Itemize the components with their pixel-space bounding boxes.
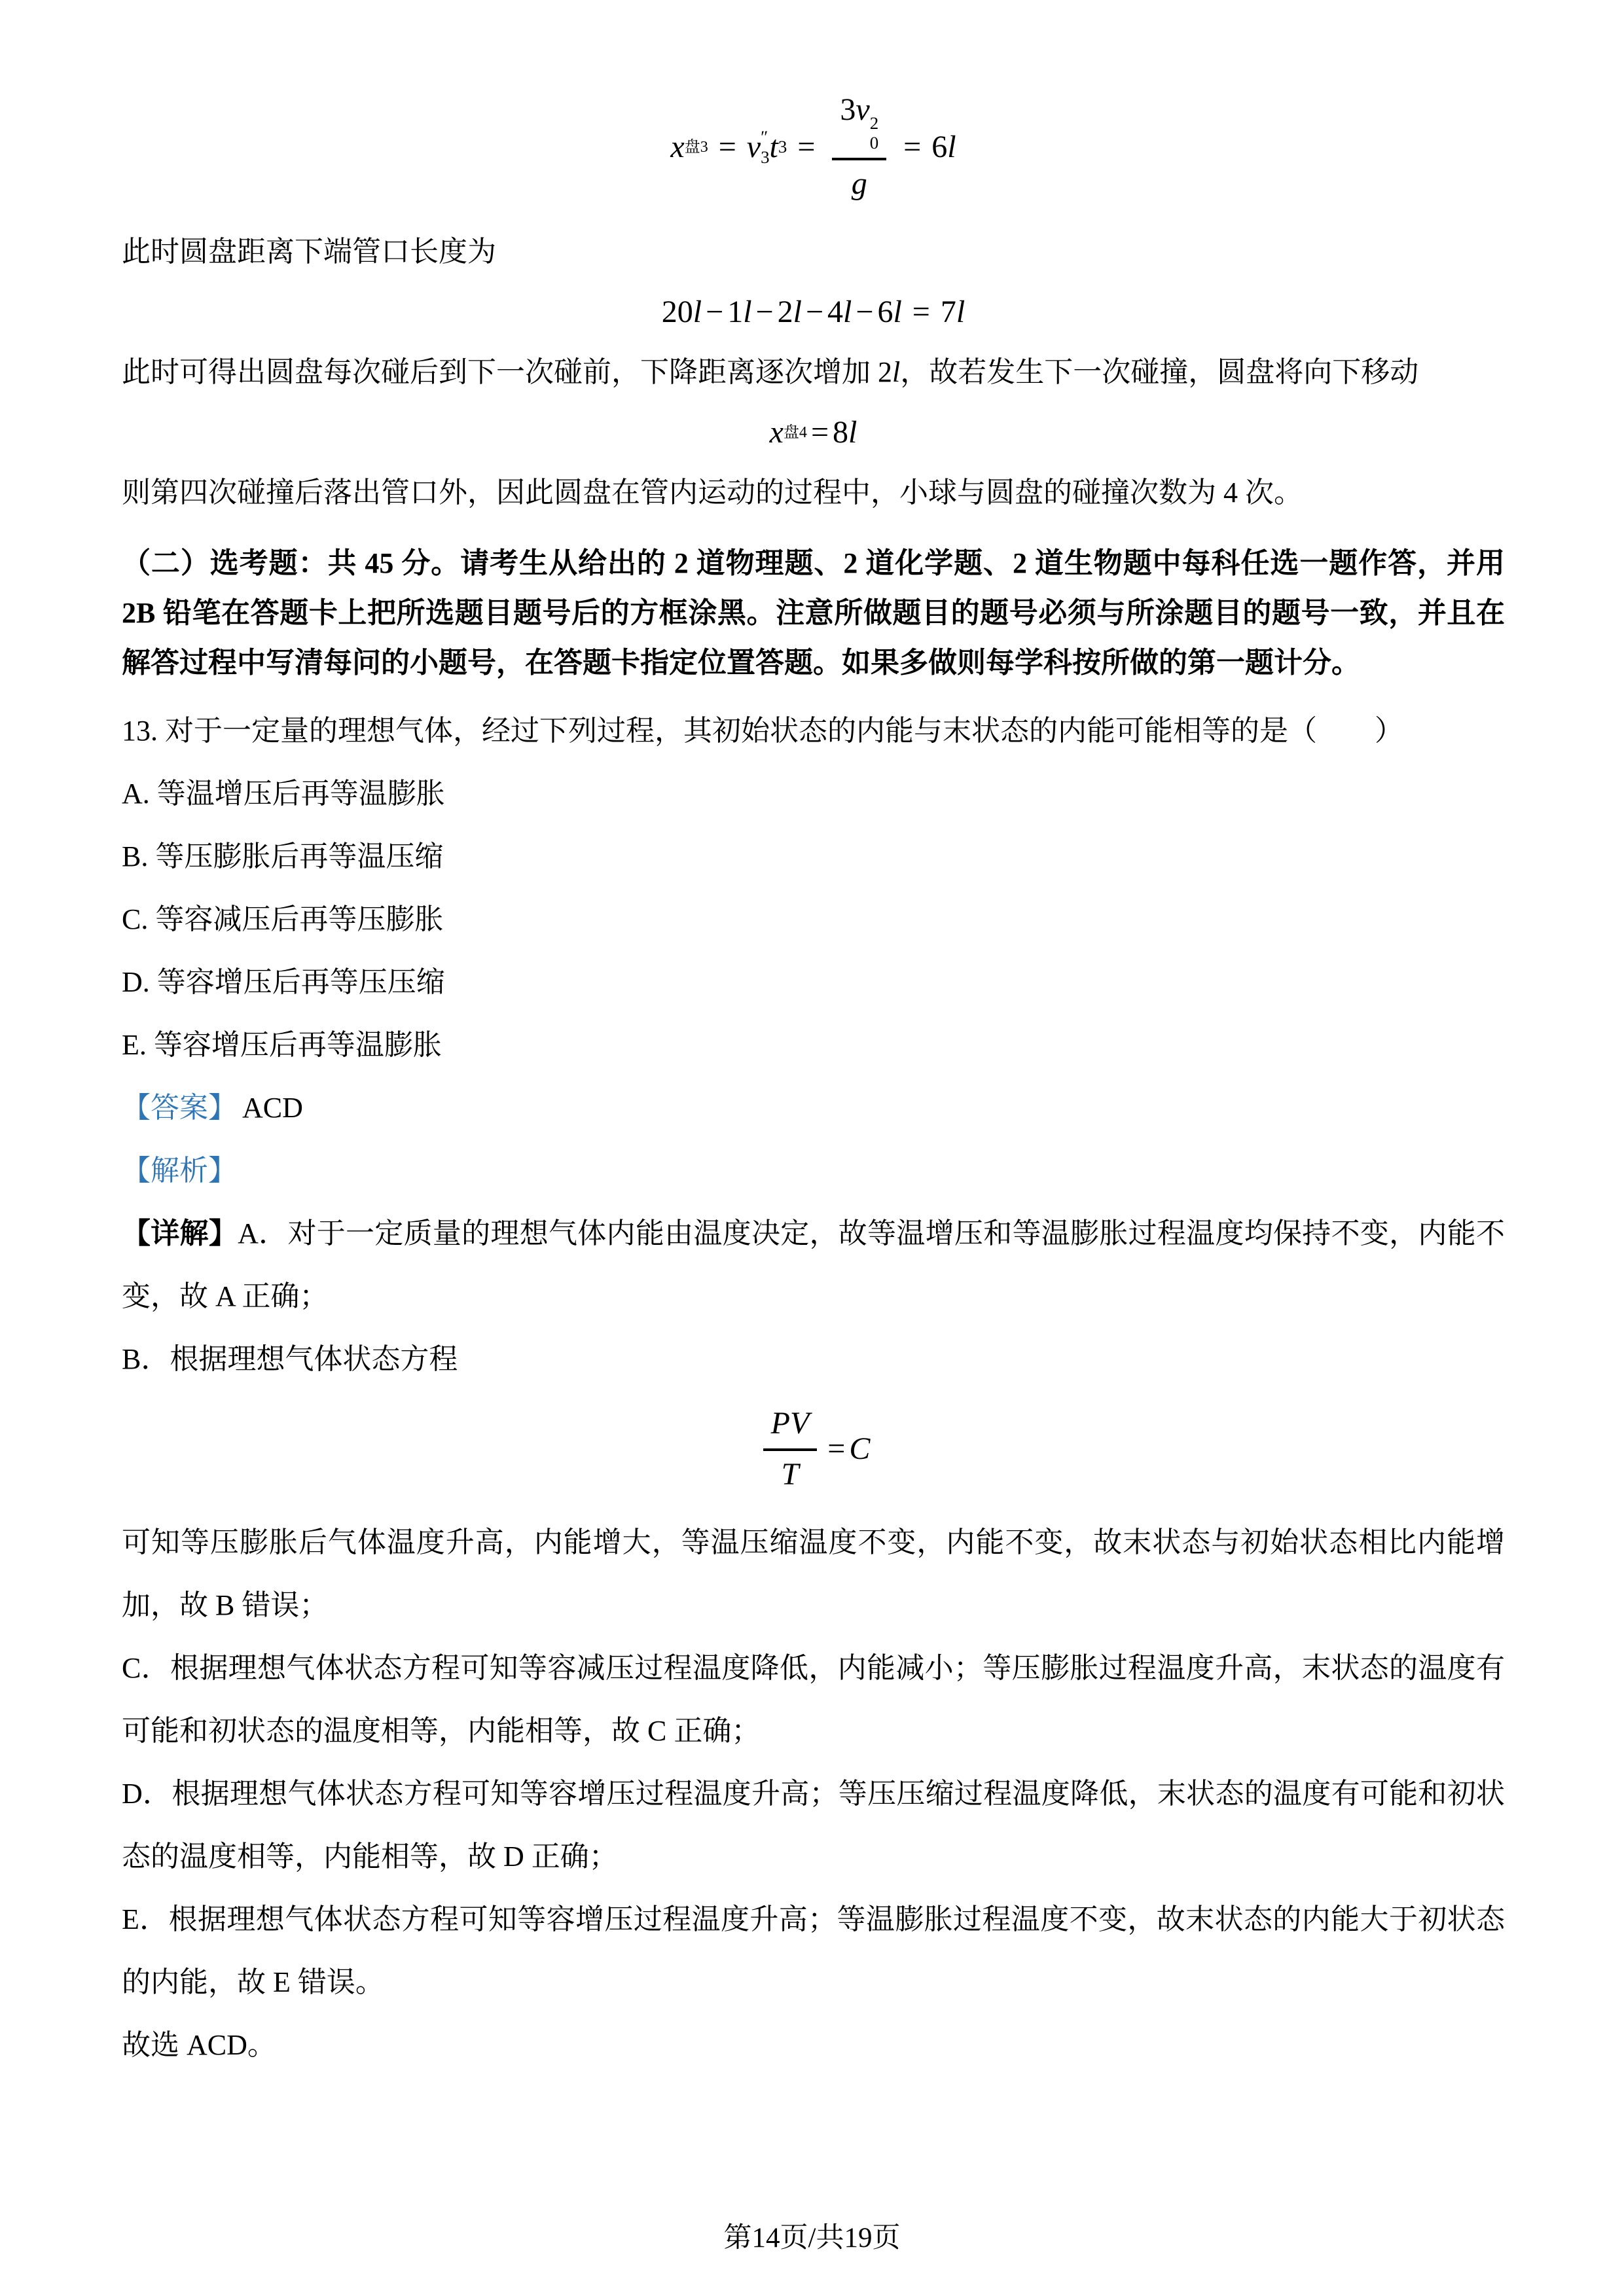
math-equals: = [811, 413, 829, 452]
option-b-label: B. [122, 840, 148, 872]
detail-paragraph-e: E．根据理想气体状态方程可知等容增压过程温度升高；等温膨胀过程温度不变，故末状态… [122, 1888, 1505, 2014]
math-num: 1 [727, 293, 743, 332]
para-collision-text-b: ，故若发生下一次碰撞，圆盘将向下移动 [900, 356, 1418, 388]
math-v-sub3: 3 [761, 147, 769, 167]
math-var-l: l [956, 293, 965, 332]
math-fraction: PV T [763, 1404, 818, 1494]
section-notice: （二）选考题：共 45 分。请考生从给出的 2 道物理题、2 道化学题、2 道生… [122, 539, 1505, 688]
option-e: E. 等容增压后再等温膨胀 [122, 1014, 1505, 1077]
para-collision: 此时可得出圆盘每次碰后到下一次碰前，下降距离逐次增加 2l，故若发生下一次碰撞，… [122, 341, 1505, 404]
option-d-label: D. [122, 966, 150, 998]
option-a-label: A. [122, 778, 150, 810]
math-num: 7 [941, 293, 956, 332]
answer-label: 【答案】 [122, 1092, 237, 1124]
option-e-label: E. [122, 1029, 147, 1061]
math-v0-scripts: 20 [870, 113, 878, 152]
detail-b-rest: 可知等压膨胀后气体温度升高，内能增大，等温压缩温度不变，内能不变，故末状态与初始… [122, 1511, 1505, 1637]
math-var-x: x [770, 413, 784, 452]
page-footer: 第14页/共19页 [0, 2221, 1624, 2255]
math-fraction: 3v20 g [832, 90, 886, 204]
math-num: 20 [662, 293, 693, 332]
math-equals: = [719, 128, 736, 167]
formula-disc-displacement-4: x盘4 = 8l [122, 413, 1505, 452]
math-equals: = [912, 293, 930, 332]
answer-line: 【答案】ACD [122, 1077, 1505, 1139]
math-t-sub3: 3 [778, 138, 787, 156]
math-minus: − [756, 293, 774, 332]
math-numerator: 3v20 [832, 90, 886, 160]
detail-paragraph-c: C．根据理想气体状态方程可知等容减压过程温度降低，内能减小；等压膨胀过程温度升高… [122, 1637, 1505, 1763]
analysis-label-line: 【解析】 [122, 1139, 1505, 1202]
math-var-l: l [793, 293, 802, 332]
option-b-text: 等压膨胀后再等温压缩 [155, 840, 443, 872]
para-distance: 此时圆盘距离下端管口长度为 [122, 221, 1505, 283]
detail-paragraph-d: D．根据理想气体状态方程可知等容增压过程温度升高；等压压缩过程温度降低，末状态的… [122, 1763, 1505, 1888]
math-var-v: v [747, 128, 761, 167]
para-collision-text-a: 此时可得出圆盘每次碰后到下一次碰前，下降距离逐次增加 2 [122, 356, 892, 388]
math-equals: = [797, 128, 815, 167]
option-a: A. 等温增压后再等温膨胀 [122, 762, 1505, 825]
math-minus: − [706, 293, 723, 332]
math-var-l: l [848, 413, 857, 452]
option-c-text: 等容减压后再等压膨胀 [155, 903, 443, 935]
math-var-t: t [770, 128, 778, 167]
detail-label: 【详解】 [122, 1217, 238, 1249]
math-equals: = [903, 128, 921, 167]
option-e-text: 等容增压后再等温膨胀 [154, 1029, 442, 1061]
math-var-l-inline: l [892, 356, 900, 388]
formula-disc-displacement-3: x盘3 = v″3 t3 = 3v20 g = 6l [122, 90, 1505, 204]
math-sub-pan3: 盘3 [685, 139, 708, 155]
formula-gas-state-equation: PV T = C [122, 1404, 1505, 1494]
math-num: 4 [827, 293, 843, 332]
math-minus: − [856, 293, 873, 332]
page-content: x盘3 = v″3 t3 = 3v20 g = 6l 此时圆盘距离下端管口长度为… [0, 0, 1624, 2077]
math-numerator-pv: PV [763, 1404, 818, 1451]
para-conclusion: 则第四次碰撞后落出管口外，因此圆盘在管内运动的过程中，小球与圆盘的碰撞次数为 4… [122, 461, 1505, 524]
answer-value: ACD [242, 1092, 303, 1124]
math-denominator-t: T [782, 1451, 799, 1494]
option-a-text: 等温增压后再等温膨胀 [157, 778, 445, 810]
math-var-c: C [849, 1429, 870, 1469]
math-num: 6 [877, 293, 893, 332]
math-var-v0: v [856, 92, 869, 127]
math-var-l: l [693, 293, 702, 332]
math-var-l: l [947, 128, 956, 167]
math-denominator-g: g [852, 160, 867, 204]
math-v-scripts: ″3 [761, 127, 769, 166]
question-13-stem: 13. 对于一定量的理想气体，经过下列过程，其初始状态的内能与末状态的内能可能相… [122, 700, 1505, 762]
math-var-x: x [670, 128, 684, 167]
math-coef-3: 3 [840, 92, 856, 127]
option-d: D. 等容增压后再等压压缩 [122, 951, 1505, 1014]
detail-a-text: A．对于一定质量的理想气体内能由温度决定，故等温增压和等温膨胀过程温度均保持不变… [122, 1217, 1505, 1312]
math-v-prime: ″ [761, 127, 768, 147]
option-d-text: 等容增压后再等压压缩 [157, 966, 445, 998]
math-equals: = [827, 1429, 845, 1469]
math-var-l: l [843, 293, 852, 332]
math-var-l: l [743, 293, 751, 332]
document-page: x盘3 = v″3 t3 = 3v20 g = 6l 此时圆盘距离下端管口长度为… [0, 0, 1624, 2296]
detail-final-choice: 故选 ACD。 [122, 2014, 1505, 2077]
detail-paragraph-a: 【详解】A．对于一定质量的理想气体内能由温度决定，故等温增压和等温膨胀过程温度均… [122, 1202, 1505, 1328]
analysis-label: 【解析】 [122, 1155, 237, 1187]
math-minus: − [806, 293, 823, 332]
math-v0-sub0: 0 [870, 133, 878, 152]
math-v0-sup2: 2 [870, 113, 878, 133]
option-c-label: C. [122, 903, 148, 935]
option-c: C. 等容减压后再等压膨胀 [122, 888, 1505, 951]
math-coef-6: 6 [931, 128, 947, 167]
math-var-l: l [893, 293, 901, 332]
detail-b-intro: B．根据理想气体状态方程 [122, 1328, 1505, 1391]
math-sub-pan4: 盘4 [784, 425, 807, 440]
math-coef-8: 8 [833, 413, 848, 452]
option-b: B. 等压膨胀后再等温压缩 [122, 825, 1505, 888]
formula-length-sum: 20l − 1l − 2l − 4l − 6l = 7l [122, 293, 1505, 332]
math-num: 2 [778, 293, 793, 332]
